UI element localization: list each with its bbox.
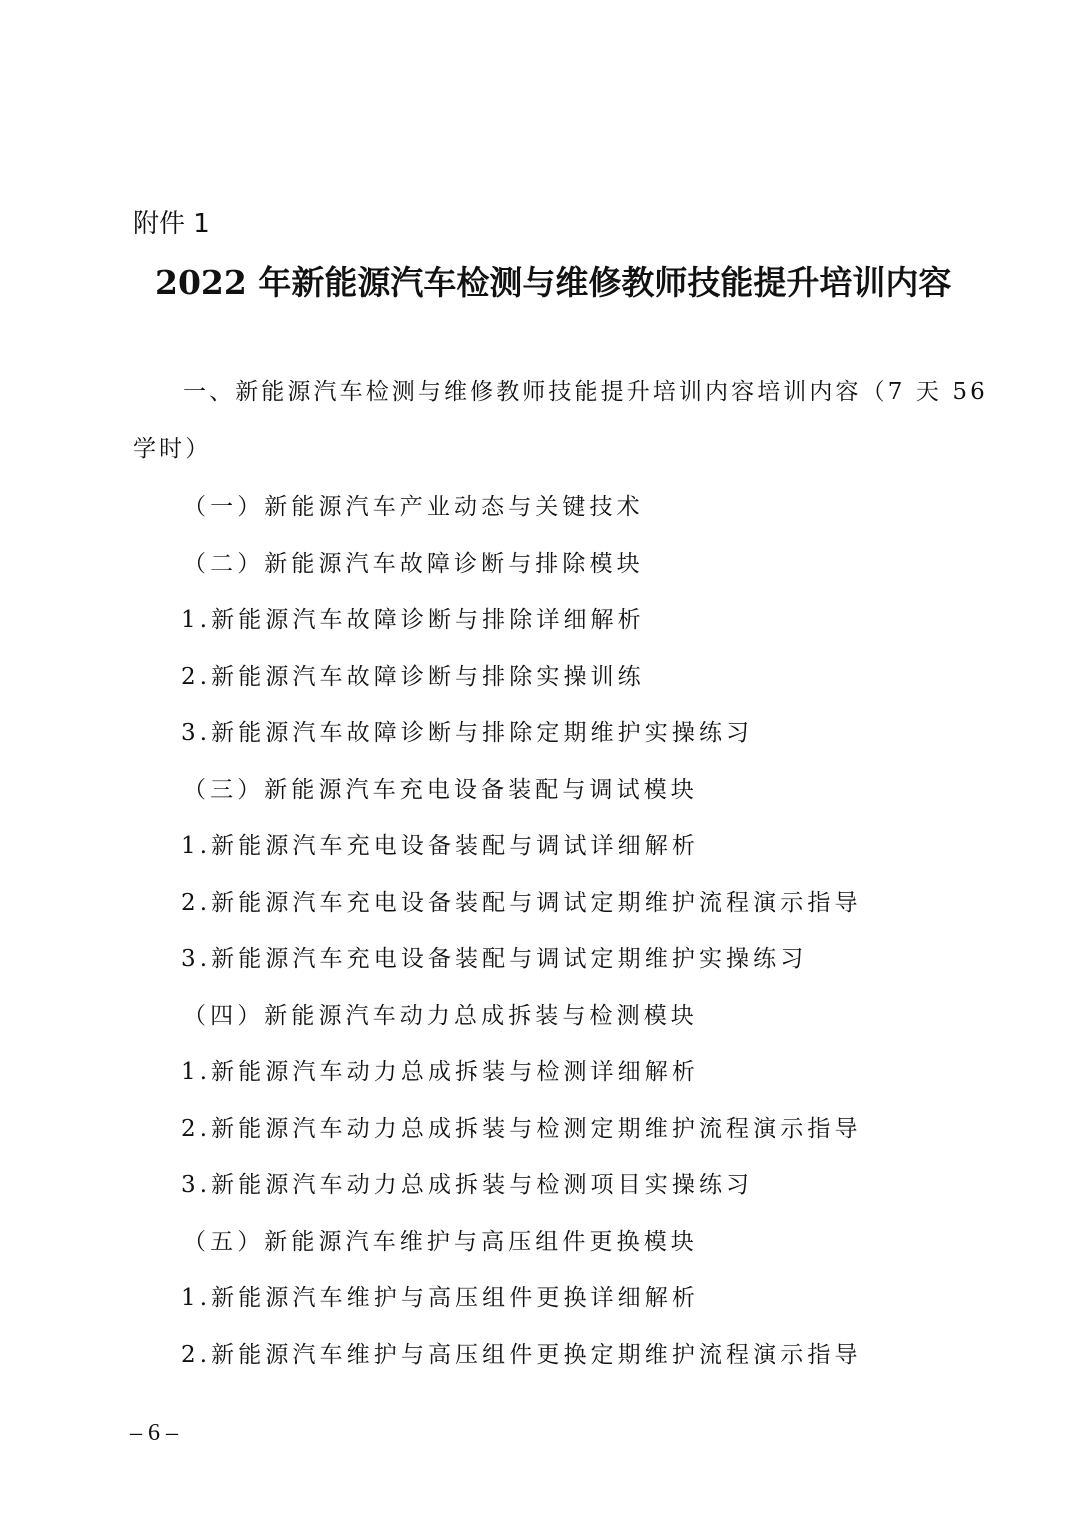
list-item: 2.新能源汽车动力总成拆装与检测定期维护流程演示指导 [181, 1118, 862, 1141]
subheading-2: （二）新能源汽车故障诊断与排除模块 [183, 553, 644, 576]
list-item: 2.新能源汽车故障诊断与排除实操训练 [181, 666, 645, 689]
subheading-4: （四）新能源汽车动力总成拆装与检测模块 [183, 1005, 698, 1028]
list-item: 1.新能源汽车故障诊断与排除详细解析 [181, 609, 645, 632]
list-item: 2.新能源汽车充电设备装配与调试定期维护流程演示指导 [181, 892, 862, 915]
list-item: 1.新能源汽车充电设备装配与调试详细解析 [181, 835, 699, 858]
page-number: – 6 – [130, 1421, 178, 1445]
list-item: 1.新能源汽车维护与高压组件更换详细解析 [181, 1287, 699, 1310]
list-item: 2.新能源汽车维护与高压组件更换定期维护流程演示指导 [181, 1344, 862, 1367]
subheading-1: （一）新能源汽车产业动态与关键技术 [183, 496, 644, 519]
list-item: 3.新能源汽车充电设备装配与调试定期维护实操练习 [181, 948, 807, 971]
subheading-3: （三）新能源汽车充电设备装配与调试模块 [183, 779, 698, 802]
section-heading-line2: 学时） [133, 438, 211, 461]
attachment-label: 附件 1 [133, 211, 210, 237]
section-heading-line1: 一、新能源汽车检测与维修教师技能提升培训内容培训内容（7 天 56 [183, 381, 988, 404]
list-item: 1.新能源汽车动力总成拆装与检测详细解析 [181, 1061, 699, 1084]
list-item: 3.新能源汽车故障诊断与排除定期维护实操练习 [181, 722, 753, 745]
document-title: 2022 年新能源汽车检测与维修教师技能提升培训内容 [155, 266, 951, 299]
subheading-5: （五）新能源汽车维护与高压组件更换模块 [183, 1231, 698, 1254]
list-item: 3.新能源汽车动力总成拆装与检测项目实操练习 [181, 1174, 753, 1197]
